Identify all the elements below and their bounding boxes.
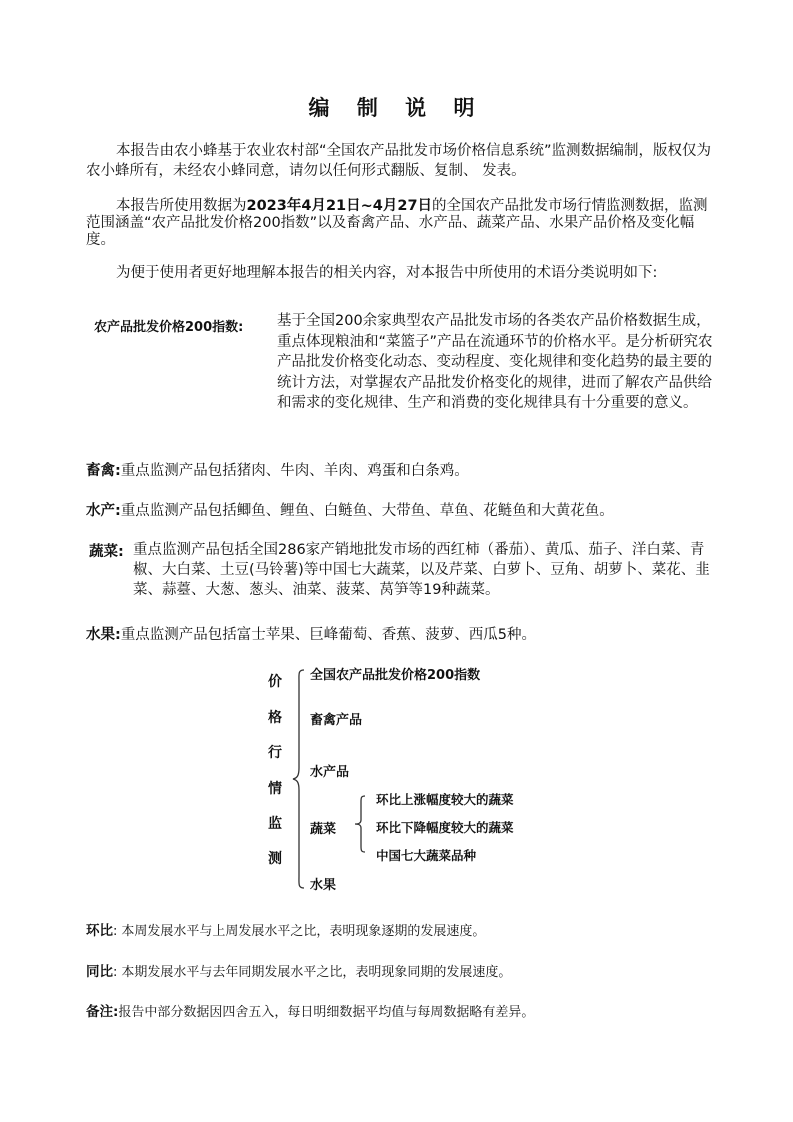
tree-brace-vegetable [353, 794, 367, 854]
tree-root-char: 格 [268, 707, 282, 727]
category-body: 重点监测产品包括猪肉、牛肉、羊肉、鸡蛋和白条鸡。 [121, 463, 469, 479]
definition-note: 备注:报告中部分数据因四舍五入，每日明细数据平均值与每周数据略有差异。 [86, 1000, 716, 1020]
category-label: 水产: [86, 503, 121, 519]
definition-body: 本周发展水平与上周发展水平之比，表明现象逐期的发展速度。 [121, 924, 485, 939]
page-title: 编 制 说 明 [0, 92, 793, 122]
definition-body: 报告中部分数据因四舍五入，每日明细数据平均值与每周数据略有差异。 [118, 1005, 534, 1020]
definition-mom: 环比:本周发展水平与上周发展水平之比，表明现象逐期的发展速度。 [86, 919, 716, 939]
intro-paragraph-1: 本报告由农小蜂基于农业农村部“全国农产品批发市场价格信息系统”监测数据编制，版权… [86, 141, 712, 181]
category-label: 畜禽: [86, 463, 121, 479]
tree-sub-seven-major-vegetables: 中国七大蔬菜品种 [376, 846, 476, 864]
definition-label: 环比 [86, 923, 113, 939]
tree-brace-main [292, 668, 306, 890]
category-vegetable-body: 重点监测产品包括全国286家产销地批发市场的西红柿（番茄）、黄瓜、茄子、洋白菜、… [133, 540, 713, 600]
intro-paragraph-2-prefix: 本报告所使用数据为 [116, 198, 247, 214]
category-label: 水果: [86, 627, 121, 643]
index-term-definition: 基于全国200余家典型农产品批发市场的各类农产品价格数据生成，重点体现粮油和“菜… [277, 311, 713, 414]
definition-yoy: 同比:本期发展水平与去年同期发展水平之比，表明现象同期的发展速度。 [86, 960, 716, 980]
definition-body: 本期发展水平与去年同期发展水平之比，表明现象同期的发展速度。 [121, 965, 511, 980]
tree-sub-falling-vegetables: 环比下降幅度较大的蔬菜 [376, 818, 514, 836]
tree-branch-livestock: 畜禽产品 [310, 709, 362, 728]
tree-branch-aquatic: 水产品 [310, 761, 349, 780]
tree-root-char: 情 [268, 778, 282, 798]
tree-root-char: 价 [268, 671, 282, 691]
tree-sub-rising-vegetables: 环比上涨幅度较大的蔬菜 [376, 790, 514, 808]
tree-branch-fruit: 水果 [310, 874, 336, 893]
category-aquatic: 水产:重点监测产品包括鲫鱼、鲤鱼、白鲢鱼、大带鱼、草鱼、花鲢鱼和大黄花鱼。 [86, 499, 716, 521]
category-fruit: 水果:重点监测产品包括富士苹果、巨峰葡萄、香蕉、菠萝、西瓜5种。 [86, 623, 716, 645]
tree-root-char: 监 [268, 813, 282, 833]
tree-branch-vegetable: 蔬菜 [310, 818, 336, 837]
data-date-range: 2023年4月21日~4月27日 [247, 198, 433, 214]
tree-branch-index: 全国农产品批发价格200指数 [310, 664, 480, 683]
index-term-label: 农产品批发价格200指数: [94, 316, 243, 335]
definition-label: 同比 [86, 964, 113, 980]
tree-root-char: 行 [268, 742, 282, 762]
definition-label: 备注: [86, 1004, 118, 1020]
category-livestock: 畜禽:重点监测产品包括猪肉、牛肉、羊肉、鸡蛋和白条鸡。 [86, 459, 716, 481]
category-body: 重点监测产品包括鲫鱼、鲤鱼、白鲢鱼、大带鱼、草鱼、花鲢鱼和大黄花鱼。 [121, 503, 614, 519]
category-vegetable-label: 蔬菜: [89, 540, 124, 561]
definition-separator: : [113, 924, 117, 939]
intro-paragraph-3: 为便于使用者更好地理解本报告的相关内容，对本报告中所使用的术语分类说明如下: [86, 264, 712, 283]
definition-separator: : [113, 965, 117, 980]
tree-root-char: 测 [268, 848, 282, 868]
category-body: 重点监测产品包括富士苹果、巨峰葡萄、香蕉、菠萝、西瓜5种。 [121, 627, 536, 643]
intro-paragraph-2: 本报告所使用数据为2023年4月21日~4月27日的全国农产品批发市场行情监测数… [86, 198, 712, 249]
